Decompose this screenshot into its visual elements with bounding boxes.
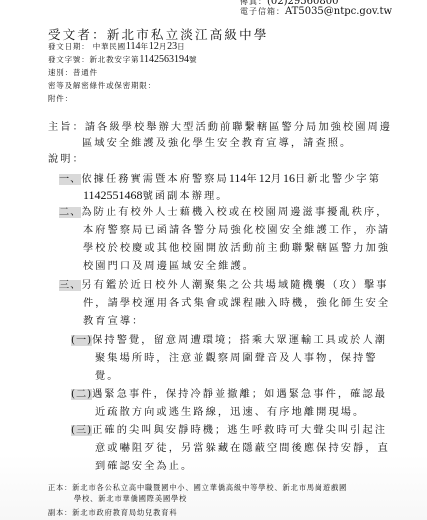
sub-item-3-line-3: 到確認安全為止。 bbox=[95, 459, 193, 475]
explanation-item-3-line-3: 教育宣導： bbox=[83, 314, 144, 330]
explanation-item-2-line-2: 本府警察局已函請各警分局強化校園安全維護工作，亦請 bbox=[83, 223, 390, 239]
subject-line-1: 主旨：請各級學校舉辦大型活動前聯繫轄區警分局加強校園周邊 bbox=[48, 120, 392, 136]
subject-line-2: 區域安全維護及強化學生安全教育宣導，請查照。 bbox=[82, 136, 352, 152]
item-text: 年 bbox=[246, 174, 258, 185]
main-recipients-line-2: 學校、新北市華僑國際美國學校 bbox=[74, 493, 187, 504]
explanation-item-1: 一、依據任務實需暨本府警察局114年12月16日新北警少字第 bbox=[59, 170, 381, 188]
sub-item-2-line-2: 近疏散方向或逃生路線，迅速、有序地離開現場。 bbox=[95, 405, 365, 421]
item-marker: 一、 bbox=[59, 174, 81, 185]
receiver-label: 受文者： bbox=[48, 27, 107, 42]
document-number-value: 1142563194 bbox=[139, 54, 189, 65]
item-text: 為防止有校外人士藉機入校或在校園周邊滋事擾亂秩序， bbox=[81, 207, 388, 218]
explanation-item-3-line-2: 件，請學校運用各式集會或課程融入時機，強化師生安全 bbox=[83, 296, 390, 312]
item-number: 1142551468 bbox=[83, 188, 143, 202]
cc-value: 新北市政府教育局幼兒教育科 bbox=[72, 508, 177, 517]
document-number-label: 發文字號： bbox=[48, 55, 90, 64]
email-label: 電子信箱： bbox=[240, 7, 285, 16]
issue-date-month: 12 bbox=[149, 41, 159, 52]
sub-item-text: 保持警覺，留意周遭環境；搭乘大眾運輸工具或於人潮 bbox=[92, 335, 387, 346]
email-value[interactable]: AT5035@ntpc.gov.tw bbox=[285, 6, 392, 17]
main-recipient-text: 新北市各公私立高中職暨國中小、國立華僑高級中等學校、新北市馬崗遊戲國 bbox=[72, 483, 347, 492]
secrecy-level: 密等及解密條件或保密期限： bbox=[48, 81, 156, 91]
sub-item-2: (二)遇緊急事件，保持冷靜並撤離；如遇緊急事件，確認最 bbox=[71, 387, 387, 403]
item-text: 號函副本辦理。 bbox=[143, 191, 229, 202]
item-text: 月 bbox=[271, 174, 283, 185]
issue-date-year: 114 bbox=[126, 41, 141, 52]
explanation-item-2-line-3: 學校於校慶或其他校園開放活動前主動聯繫轄區警力加強 bbox=[83, 241, 390, 257]
item-marker: 三、 bbox=[59, 280, 81, 291]
sub-item-3: (三)正確的尖叫與安靜時機；逃生呼救時可大聲尖叫引起注 bbox=[71, 423, 387, 439]
main-recipients: 正本：新北市各公私立高中職暨國中小、國立華僑高級中等學校、新北市馬崗遊戲國 bbox=[48, 482, 347, 493]
document-number-prefix: 新北教安字第 bbox=[90, 55, 140, 64]
email-line: 電子信箱：AT5035@ntpc.gov.tw bbox=[240, 7, 392, 17]
item-number: 16 bbox=[283, 171, 295, 185]
document-number-suffix: 號 bbox=[189, 55, 197, 64]
issue-date-prefix: 中華民國 bbox=[93, 42, 126, 51]
fax-label: 傳真： bbox=[240, 0, 267, 6]
sub-item-3-line-2: 意或嚇阻歹徒，另當躲藏在隱蔽空間後應保持安靜，直 bbox=[95, 441, 390, 457]
attachment: 附件： bbox=[48, 94, 73, 104]
item-number: 114 bbox=[229, 171, 247, 185]
explanation-item-3: 三、另有鑑於近日校外人潮聚集之公共場域隨機襲（攻）擊事 bbox=[59, 278, 389, 294]
item-number: 12 bbox=[259, 171, 271, 185]
item-marker: 二、 bbox=[59, 207, 81, 218]
explanation-item-2: 二、為防止有校外人士藉機入校或在校園周邊滋事擾亂秩序， bbox=[59, 205, 389, 221]
sub-item-marker: (一) bbox=[71, 335, 92, 346]
document-number: 發文字號：新北教安字第1142563194號 bbox=[48, 55, 197, 65]
subject-text-1: 請各級學校舉辦大型活動前聯繫轄區警分局加強校園周邊 bbox=[85, 122, 392, 133]
issue-date-label: 發文日期： bbox=[48, 42, 90, 51]
receiver-value: 新北市私立淡江高級中學 bbox=[107, 27, 269, 42]
sub-item-marker: (二) bbox=[71, 389, 92, 400]
main-recipient-label: 正本： bbox=[48, 483, 72, 492]
explanation-item-1-line-2: 1142551468號函副本辦理。 bbox=[83, 187, 229, 205]
day-char: 日 bbox=[177, 42, 185, 51]
item-text: 依據任務實需暨本府警察局 bbox=[81, 174, 228, 185]
sub-item-1: (一)保持警覺，留意周遭環境；搭乘大眾運輸工具或於人潮 bbox=[71, 333, 387, 349]
item-text: 日新北警少字第 bbox=[295, 174, 381, 185]
speed-class: 速別：普通件 bbox=[48, 68, 98, 78]
issue-date-day: 23 bbox=[167, 41, 177, 52]
sub-item-text: 遇緊急事件，保持冷靜並撤離；如遇緊急事件，確認最 bbox=[92, 389, 387, 400]
sub-item-1-line-2: 聚集場所時，注意並觀察周圍聲音及人事物，保持警 bbox=[95, 351, 378, 367]
carbon-copy: 副本：新北市政府教育局幼兒教育科 bbox=[48, 507, 177, 518]
cc-label: 副本： bbox=[48, 508, 72, 517]
explanation-label: 說明： bbox=[48, 152, 85, 168]
sub-item-marker: (三) bbox=[71, 425, 92, 436]
year-char: 年 bbox=[141, 42, 149, 51]
month-char: 月 bbox=[159, 42, 167, 51]
sub-item-1-line-3: 覺。 bbox=[95, 369, 120, 385]
subject-label: 主旨： bbox=[48, 122, 85, 133]
explanation-item-2-line-4: 校園門口及周邊區域安全維護。 bbox=[83, 259, 255, 275]
issue-date: 發文日期： 中華民國114年12月23日 bbox=[48, 42, 185, 52]
item-text: 另有鑑於近日校外人潮聚集之公共場域隨機襲（攻）擊事 bbox=[81, 280, 388, 291]
sub-item-text: 正確的尖叫與安靜時機；逃生呼救時可大聲尖叫引起注 bbox=[92, 425, 387, 436]
